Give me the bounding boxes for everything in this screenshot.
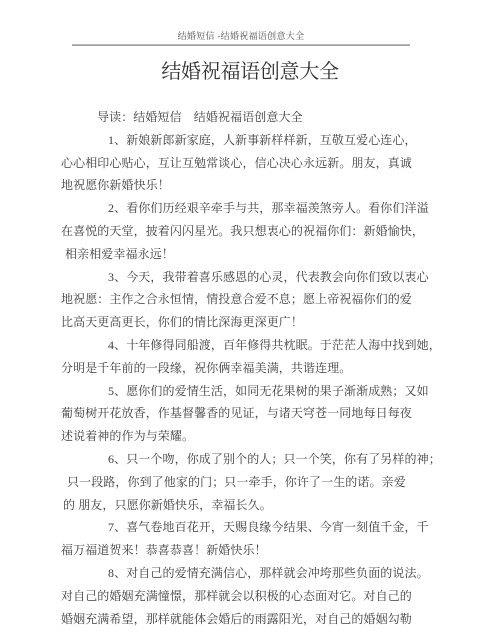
text-line: 相亲相爱幸福永远！: [61, 243, 421, 266]
text-line: 福万福道贺来！恭喜恭喜！新婚快乐！: [61, 539, 421, 562]
lead-line: 导读：结婚短信 结婚祝福语创意大全: [61, 106, 421, 129]
text-line: 3、今天，我带着喜乐感恩的心灵，代表教会向你们致以衷心: [61, 266, 421, 289]
text-line: 分明是千年前的一段缘，祝你俩幸福美满，共谐连理。: [61, 357, 421, 380]
text-line: 述说着神的作为与荣耀。: [61, 425, 421, 448]
page-header-title: 结婚短信 -结婚祝福语创意大全: [72, 29, 410, 43]
text-line: 2、看你们历经艰辛牵手与共，那幸福羡煞旁人。看你们洋溢: [61, 197, 421, 220]
text-line: 婚姻充满希望，那样就能体会婚后的雨露阳光，对自己的婚姻勾勒: [61, 608, 421, 631]
text-line: 心心相印心贴心，互让互勉常谈心，信心决心永远新。朋友，真诚: [61, 152, 421, 175]
text-line: 在喜悦的天堂，披着闪闪星光。我只想衷心的祝福你们：新婚愉快，: [61, 220, 421, 243]
text-line: 7、喜气卷地百花开，天赐良缘今结果、今宵一刻值千金，千: [61, 516, 421, 539]
text-line: 地祝愿：主作之合永恒情，情投意合爱不息；愿上帝祝福你们的爱: [61, 288, 421, 311]
text-line: 5、愿你们的爱情生活，如同无花果树的果子渐渐成熟；又如: [61, 380, 421, 403]
text-line: 的 朋友，只愿你新婚快乐，幸福长久。: [61, 494, 421, 517]
text-line: 只一段路，你到了他家的门；只一牵手，你许了一生的诺。亲爱: [61, 471, 421, 494]
document-body: 导读：结婚短信 结婚祝福语创意大全 1、新娘新郎新家庭，人新事新样样新，互敬互爱…: [61, 106, 421, 630]
header-divider: [72, 44, 410, 46]
text-line: 对自己的婚姻充满憧憬，那样就会以积极的心态面对它。对自己的: [61, 585, 421, 608]
document-page: 结婚短信 -结婚祝福语创意大全 结婚祝福语创意大全 导读：结婚短信 结婚祝福语创…: [0, 0, 500, 637]
text-line: 地祝愿你新婚快乐！: [61, 174, 421, 197]
text-line: 葡萄树开花放香，作基督馨香的见证，与诸天穹苍一同地每日每夜: [61, 402, 421, 425]
text-line: 1、新娘新郎新家庭，人新事新样样新，互敬互爱心连心，: [61, 129, 421, 152]
text-line: 4、十年修得同船渡，百年修得共枕眠。于茫茫人海中找到她，: [61, 334, 421, 357]
text-line: 比高天更高更长，你们的情比深海更深更广！: [61, 311, 421, 334]
page-title: 结婚祝福语创意大全: [0, 56, 500, 88]
text-line: 6、只一个吻，你成了别个的人；只一个笑，你有了另样的神；: [61, 448, 421, 471]
text-line: 8、对自己的爱情充满信心，那样就会冲垮那些负面的说法。: [61, 562, 421, 585]
